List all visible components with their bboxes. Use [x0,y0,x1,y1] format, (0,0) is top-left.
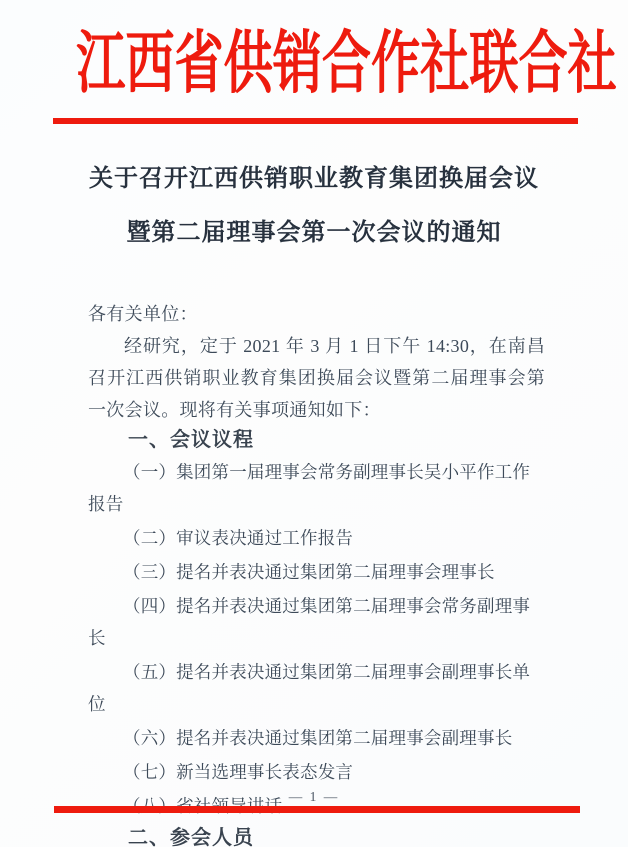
footer-divider [54,806,580,813]
document-page: 江西省供销合作社联合社 关于召开江西供销职业教育集团换届会议 暨第二届理事会第一… [0,0,628,847]
salutation: 各有关单位： [88,298,545,330]
header-divider [53,118,578,124]
org-letterhead: 江西省供销合作社联合社 [0,22,628,106]
notice-title-line-2: 暨第二届理事会第一次会议的通知 [127,220,502,246]
notice-body: 各有关单位： 经研究，定于 2021 年 3 月 1 日下午 14:30，在南昌… [0,298,628,847]
agenda-item-1: （一）集团第一届理事会常务副理事长吴小平作工作报告 [88,456,545,520]
agenda-item-7: （七）新当选理事长表态发言 [88,756,545,788]
section-heading-agenda: 一、会议议程 [88,426,545,454]
agenda-item-6: （六）提名并表决通过集团第二届理事会副理事长 [88,722,545,754]
agenda-item-2: （二）审议表决通过工作报告 [88,522,545,554]
section-heading-attendees: 二、参会人员 [88,824,545,847]
page-number: — 1 — [0,789,628,805]
agenda-item-5: （五）提名并表决通过集团第二届理事会副理事长单位 [88,656,545,720]
agenda-item-4: （四）提名并表决通过集团第二届理事会常务副理事长 [88,590,545,654]
org-title: 江西省供销合作社联合社 [76,19,617,110]
notice-title: 关于召开江西供销职业教育集团换届会议 暨第二届理事会第一次会议的通知 [0,152,628,260]
intro-paragraph: 经研究，定于 2021 年 3 月 1 日下午 14:30，在南昌召开江西供销职… [88,330,545,426]
notice-title-line-1: 关于召开江西供销职业教育集团换届会议 [89,166,539,192]
agenda-item-3: （三）提名并表决通过集团第二届理事会理事长 [88,556,545,588]
